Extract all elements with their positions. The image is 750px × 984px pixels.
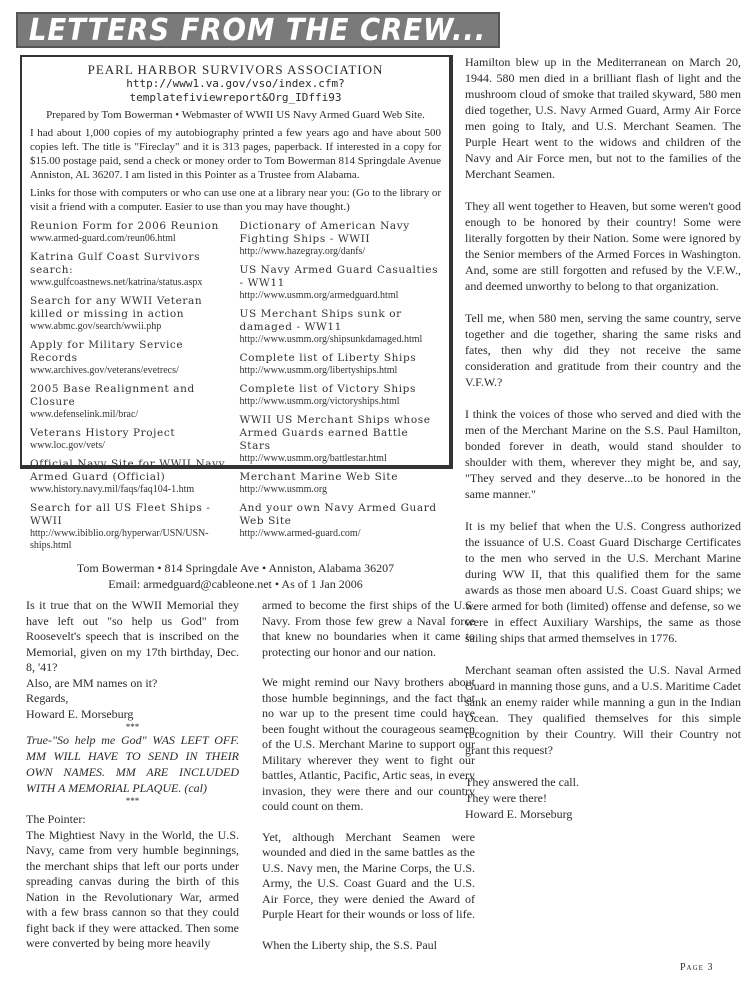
letter-signature: Howard E. Morseburg xyxy=(26,707,239,723)
link-item[interactable]: Veterans History Projectwww.loc.gov/vets… xyxy=(30,427,232,452)
link-title: Merchant Marine Web Site xyxy=(240,471,442,484)
link-url[interactable]: http://www.usmm.org/battlestar.html xyxy=(240,453,442,465)
pointer-text: The Mightiest Navy in the World, the U.S… xyxy=(26,828,239,952)
autobiography-note: I had about 1,000 copies of my autobiogr… xyxy=(30,126,441,182)
banner-title: LETTERS FROM THE CREW... xyxy=(29,13,486,48)
signature: Howard E. Morseburg xyxy=(465,806,741,822)
contact-address: Tom Bowerman • 814 Springdale Ave • Anni… xyxy=(30,560,441,576)
link-item[interactable]: Search for all US Fleet Ships - WWIIhttp… xyxy=(30,502,232,552)
link-url[interactable]: www.loc.gov/vets/ xyxy=(30,440,232,452)
link-item[interactable]: Official Navy Site for WWII Navy Armed G… xyxy=(30,458,232,496)
links-column-right: Dictionary of American Navy Fighting Shi… xyxy=(240,220,442,558)
link-title: US Merchant Ships sunk or damaged - WW11 xyxy=(240,308,442,334)
link-title: Official Navy Site for WWII Navy Armed G… xyxy=(30,458,232,484)
link-title: Katrina Gulf Coast Survivors search: xyxy=(30,251,232,277)
link-item[interactable]: Katrina Gulf Coast Survivors search:www.… xyxy=(30,251,232,289)
contact-email: Email: armedguard@cableone.net • As of 1… xyxy=(30,576,441,592)
link-url[interactable]: www.abmc.gov/search/wwii.php xyxy=(30,321,232,333)
link-url[interactable]: http://www.armed-guard.com/ xyxy=(240,528,442,540)
page-banner: LETTERS FROM THE CREW... xyxy=(16,12,500,48)
paragraph: Merchant seaman often assisted the U.S. … xyxy=(465,662,741,758)
link-url[interactable]: http://www.usmm.org/armedguard.html xyxy=(240,290,442,302)
link-title: Search for any WWII Veteran killed or mi… xyxy=(30,295,232,321)
letter-text: Is it true that on the WWII Memorial the… xyxy=(26,598,239,676)
link-item[interactable]: Dictionary of American Navy Fighting Shi… xyxy=(240,220,442,258)
pearl-harbor-info-box: PEARL HARBOR SURVIVORS ASSOCIATION http:… xyxy=(20,55,453,469)
separator-stars: *** xyxy=(26,796,239,806)
article-column-right: Hamilton blew up in the Mediterranean on… xyxy=(465,54,741,822)
paragraph: Hamilton blew up in the Mediterranean on… xyxy=(465,54,741,182)
article-column-left: Is it true that on the WWII Memorial the… xyxy=(26,598,239,952)
link-title: Complete list of Liberty Ships xyxy=(240,352,442,365)
links-column-left: Reunion Form for 2006 Reunionwww.armed-g… xyxy=(30,220,240,558)
paragraph: Yet, although Merchant Seamen were wound… xyxy=(262,830,475,923)
link-title: Reunion Form for 2006 Reunion xyxy=(30,220,232,233)
separator-stars: *** xyxy=(26,722,239,732)
link-title: Apply for Military Service Records xyxy=(30,339,232,365)
link-url[interactable]: http://www.usmm.org xyxy=(240,484,442,496)
link-title: US Navy Armed Guard Casualties - WW11 xyxy=(240,264,442,290)
link-url[interactable]: www.history.navy.mil/faqs/faq104-1.htm xyxy=(30,484,232,496)
link-item[interactable]: Search for any WWII Veteran killed or mi… xyxy=(30,295,232,333)
page-number: Page 3 xyxy=(680,962,713,973)
link-title: Veterans History Project xyxy=(30,427,232,440)
links-list: Reunion Form for 2006 Reunionwww.armed-g… xyxy=(30,220,441,558)
link-item[interactable]: Apply for Military Service Recordswww.ar… xyxy=(30,339,232,377)
links-intro: Links for those with computers or who ca… xyxy=(30,186,441,214)
link-title: Dictionary of American Navy Fighting Shi… xyxy=(240,220,442,246)
link-item[interactable]: 2005 Base Realignment and Closurewww.def… xyxy=(30,383,232,421)
link-item[interactable]: Reunion Form for 2006 Reunionwww.armed-g… xyxy=(30,220,232,245)
prepared-by: Prepared by Tom Bowerman • Webmaster of … xyxy=(30,108,441,122)
link-title: Complete list of Victory Ships xyxy=(240,383,442,396)
letter-question: Also, are MM names on it? xyxy=(26,676,239,692)
link-url[interactable]: www.gulfcoastnews.net/katrina/status.asp… xyxy=(30,277,232,289)
link-title: Search for all US Fleet Ships - WWII xyxy=(30,502,232,528)
link-item[interactable]: Merchant Marine Web Sitehttp://www.usmm.… xyxy=(240,471,442,496)
paragraph: I think the voices of those who served a… xyxy=(465,406,741,502)
link-url[interactable]: www.defenselink.mil/brac/ xyxy=(30,409,232,421)
article-column-middle: armed to become the first ships of the U… xyxy=(262,598,475,953)
link-item[interactable]: Complete list of Victory Shipshttp://www… xyxy=(240,383,442,408)
box-heading: PEARL HARBOR SURVIVORS ASSOCIATION xyxy=(30,63,441,77)
link-url[interactable]: http://www.usmm.org/victoryships.html xyxy=(240,396,442,408)
link-title: WWII US Merchant Ships whose Armed Guard… xyxy=(240,414,442,453)
link-title: 2005 Base Realignment and Closure xyxy=(30,383,232,409)
letter-closing: Regards, xyxy=(26,691,239,707)
paragraph: It is my belief that when the U.S. Congr… xyxy=(465,518,741,646)
pointer-label: The Pointer: xyxy=(26,812,239,828)
paragraph: They all went together to Heaven, but so… xyxy=(465,198,741,294)
link-url[interactable]: www.armed-guard.com/reun06.html xyxy=(30,233,232,245)
link-url[interactable]: http://www.hazegray.org/danfs/ xyxy=(240,246,442,258)
link-url[interactable]: www.archives.gov/veterans/evetrecs/ xyxy=(30,365,232,377)
paragraph: armed to become the first ships of the U… xyxy=(262,598,475,660)
paragraph: Tell me, when 580 men, serving the same … xyxy=(465,310,741,390)
link-url[interactable]: http://www.usmm.org/libertyships.html xyxy=(240,365,442,377)
link-item[interactable]: WWII US Merchant Ships whose Armed Guard… xyxy=(240,414,442,465)
link-item[interactable]: And your own Navy Armed Guard Web Siteht… xyxy=(240,502,442,540)
link-title: And your own Navy Armed Guard Web Site xyxy=(240,502,442,528)
link-item[interactable]: US Merchant Ships sunk or damaged - WW11… xyxy=(240,308,442,346)
link-item[interactable]: Complete list of Liberty Shipshttp://www… xyxy=(240,352,442,377)
association-url[interactable]: http://www1.va.gov/vso/index.cfm?templat… xyxy=(30,77,441,105)
editor-reply: True-"So help me God" WAS LEFT OFF. MM W… xyxy=(26,732,239,796)
closing-block: They answered the call. They were there!… xyxy=(465,774,741,822)
link-url[interactable]: http://www.ibiblio.org/hyperwar/USN/USN-… xyxy=(30,528,232,552)
closing-line: They were there! xyxy=(465,790,741,806)
closing-line: They answered the call. xyxy=(465,774,741,790)
link-item[interactable]: US Navy Armed Guard Casualties - WW11htt… xyxy=(240,264,442,302)
paragraph: We might remind our Navy brothers about … xyxy=(262,675,475,815)
contact-footer: Tom Bowerman • 814 Springdale Ave • Anni… xyxy=(30,560,441,592)
paragraph: When the Liberty ship, the S.S. Paul xyxy=(262,938,475,954)
link-url[interactable]: http://www.usmm.org/shipsunkdamaged.html xyxy=(240,334,442,346)
